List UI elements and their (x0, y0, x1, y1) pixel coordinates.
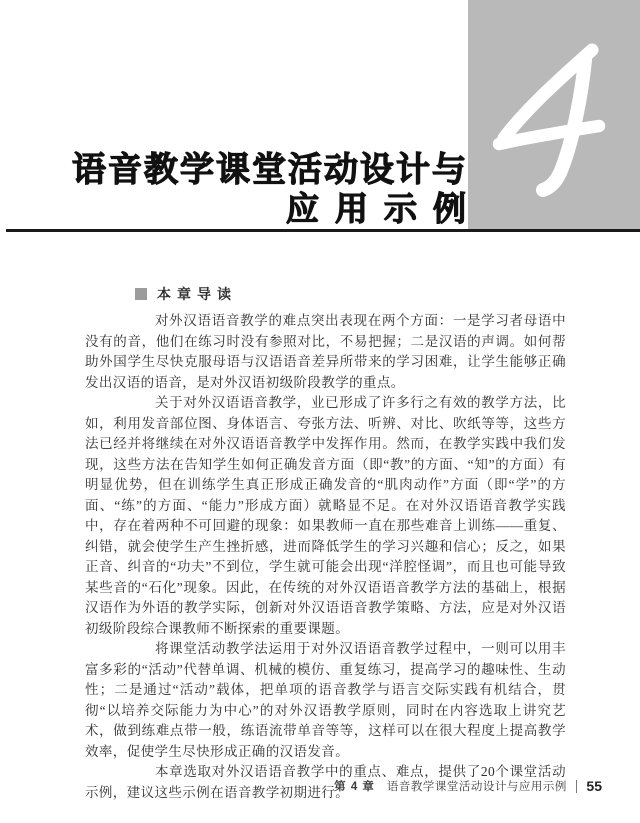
paragraph: 关于对外汉语语音教学，业已形成了许多行之有效的教学方法，比如，利用发音部位图、身… (85, 393, 566, 639)
section-header-label: 本章导读 (157, 284, 237, 304)
paragraph: 对外汉语语音教学的难点突出表现在两个方面：一是学习者母语中没有的音，他们在练习时… (85, 311, 566, 393)
footer-separator-line (576, 780, 578, 793)
chapter-title-line1: 语音教学课堂活动设计与 (72, 150, 468, 190)
body-text: 对外汉语语音教学的难点突出表现在两个方面：一是学习者母语中没有的音，他们在练习时… (85, 311, 566, 803)
page-footer: 第 4 章 语音教学课堂活动设计与应用示例 55 (334, 778, 602, 794)
chapter-corner-block: 4 (468, 0, 640, 229)
paragraph: 将课堂活动教学法运用于对外汉语语音教学过程中，一则可以用丰富多彩的“活动”代替单… (85, 639, 566, 762)
section-header: 本章导读 (135, 284, 237, 304)
chapter-title-line2: 应用示例 (72, 190, 482, 227)
footer-chapter-title: 语音教学课堂活动设计与应用示例 (387, 778, 567, 794)
footer-chapter-label: 第 4 章 (334, 778, 375, 794)
chapter-title: 语音教学课堂活动设计与 应用示例 (72, 150, 466, 227)
footer-page-number: 55 (586, 778, 602, 794)
chapter-numeral-4-graphic (468, 0, 640, 229)
book-page: 4 语音教学课堂活动设计与 应用示例 本章导读 对外汉语语音教学的难点突出表现在… (0, 0, 640, 823)
square-bullet-icon (135, 288, 147, 300)
title-rule (6, 229, 640, 232)
